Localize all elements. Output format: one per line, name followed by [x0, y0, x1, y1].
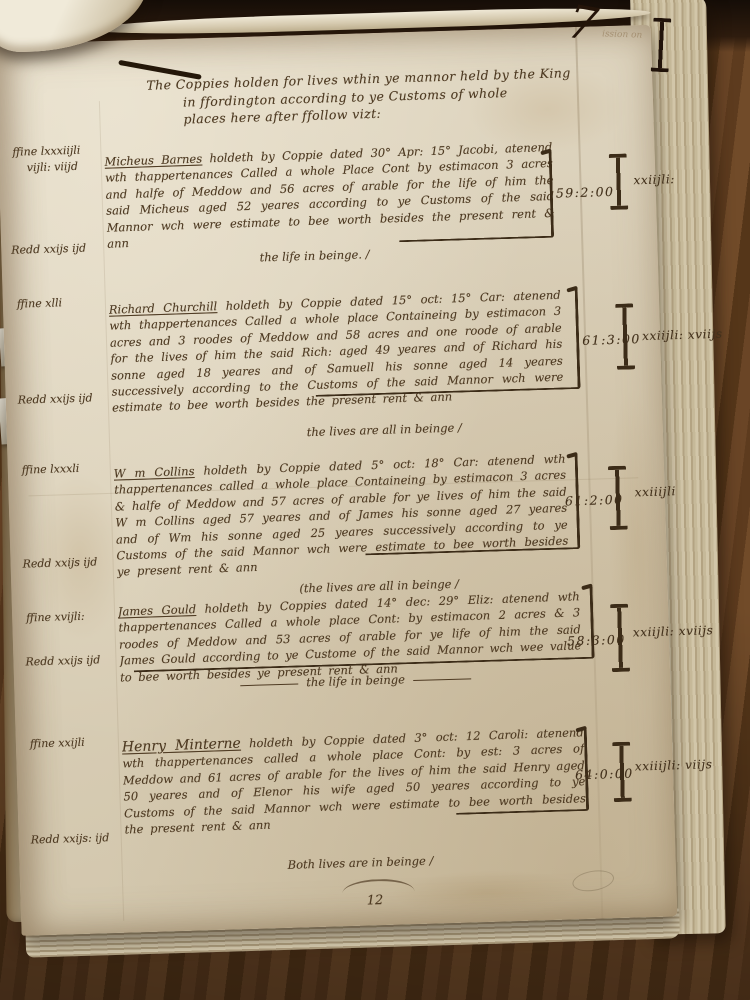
- lives-note: the life in beinge. /: [259, 247, 369, 264]
- valuation-note: xxiijli:: [633, 172, 675, 187]
- i-bracket-mark: [610, 604, 630, 673]
- manuscript-page: The Coppies holden for lives wthin ye ma…: [0, 25, 677, 936]
- tenant-name: Micheus Barnes: [104, 152, 202, 169]
- i-bracket-mark: [609, 153, 629, 210]
- margin-fine-note: ffine lxxxli: [22, 462, 80, 477]
- page-number: 12: [367, 893, 384, 908]
- valuation-note: xxiiijli: [635, 484, 677, 499]
- value-bracket: [363, 455, 581, 555]
- margin-fine-amount: vijli: viijd: [27, 160, 78, 175]
- manuscript-photo: { "header": { "line1": "The Coppies hold…: [0, 0, 750, 1000]
- margin-rent-note: Redd xxijs ijd: [18, 391, 93, 406]
- margin-fine-note: ffine xlli: [17, 296, 63, 310]
- value-bracket: [313, 289, 581, 397]
- valuation-note: xxiijli: xviijs: [642, 327, 723, 343]
- valuation-note: xxiiijli: viijs: [635, 757, 713, 773]
- margin-fine-note: ffine xxijli: [30, 736, 85, 751]
- stain: [390, 867, 581, 917]
- i-bracket-mark: [612, 742, 632, 803]
- valuation-note: xxiijli: xviijs: [633, 623, 714, 639]
- margin-fine-note: ffine lxxxiijli: [12, 144, 80, 159]
- margin-rent-note: Redd xxijs: ijd: [31, 831, 110, 846]
- value-bracket: [397, 152, 554, 243]
- margin-rent-note: Redd xxijs ijd: [11, 242, 86, 257]
- margin-fine-note: ffine xvijli:: [26, 610, 85, 625]
- value-bracket: [454, 729, 589, 815]
- clear-value: 59:2:00: [556, 184, 615, 201]
- faint-shelfmark-text: ission on: [602, 29, 643, 40]
- tenant-name: W m Collins: [114, 464, 195, 481]
- i-bracket-mark: [615, 303, 635, 370]
- tenant-name: Richard Churchill: [109, 299, 218, 317]
- margin-rent-note: Redd xxijs ijd: [22, 555, 97, 570]
- value-bracket: [132, 587, 595, 673]
- pencil-scribble: [571, 867, 616, 894]
- lives-note: Both lives are in beinge /: [287, 854, 433, 872]
- margin-rent-note: Redd xxijs ijd: [25, 653, 100, 668]
- header-line: places here after ffollow vizt:: [183, 106, 381, 127]
- i-bracket-mark: [608, 466, 628, 531]
- open-book: The Coppies holden for lives wthin ye ma…: [0, 10, 712, 965]
- pen-mark-bar: [651, 18, 672, 73]
